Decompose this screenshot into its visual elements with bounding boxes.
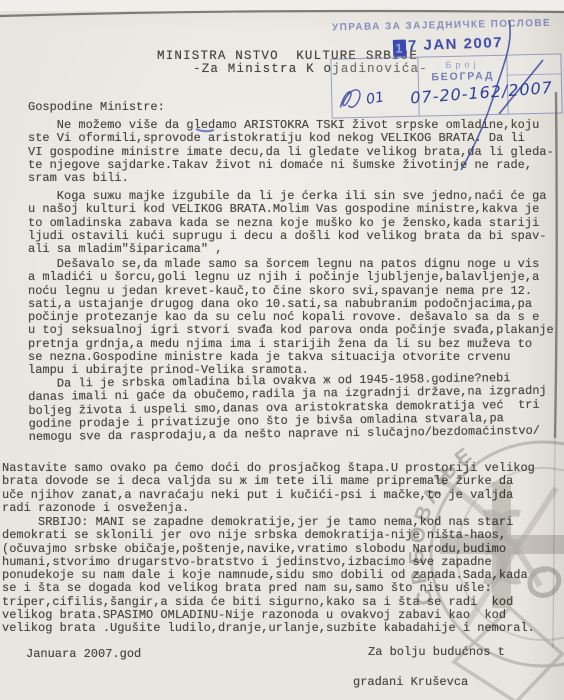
number-label: Број [418, 59, 506, 71]
scan-edge-strip [0, 0, 564, 11]
paragraph-3: Dešavalo se,da mlade samo sa šorcem legn… [28, 258, 554, 378]
scanned-letter-page: УПРАВА ЗА ЗАЈЕДНИЧКЕ ПОСЛОВЕ 17 JAN 2007… [0, 0, 564, 700]
date-received-stamp: 17 JAN 2007 [393, 34, 504, 57]
registry-box-mark-cell: 01 [331, 58, 419, 118]
registry-stamp-box: 01 Број БЕОГРАД 07-20-162/2007 [330, 53, 562, 118]
closing-line1: Za bolju budućnos t [368, 646, 505, 659]
paragraph-1: Ne možemo više da gledamo ARISTOKRA TSKI… [28, 119, 554, 185]
handwritten-mark: 01 [365, 89, 385, 108]
closing-line2: gradani Kruševca [353, 676, 468, 689]
letter-date: Januara 2007.god [26, 648, 141, 661]
paragraph-2: Koga suжu majke izgubile da li je ćerka … [28, 190, 546, 256]
receiving-office-stamp-text: УПРАВА ЗА ЗАЈЕДНИЧКЕ ПОСЛОВЕ [332, 18, 564, 34]
paragraph-6: SRBIJO: MANI se zapadne demokratije,jer … [2, 516, 535, 636]
date-stamp-text: 7 JAN 2007 [408, 34, 504, 54]
paragraph-5: Nastavite samo ovako pa ćemo doći do pro… [2, 462, 535, 515]
salutation: Gospodine Ministre: [28, 101, 165, 114]
paragraph-4: Da li je srbska omladina bila ovakva ж o… [28, 372, 547, 445]
date-stamp-day-block: 1 [393, 39, 407, 56]
